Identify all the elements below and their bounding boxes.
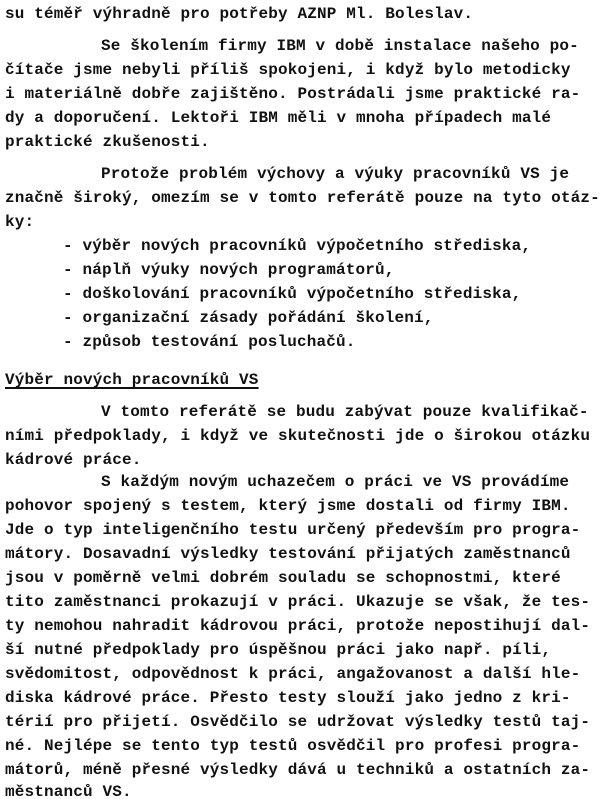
paragraph-qualification-line: kádrové práce. [5, 450, 142, 470]
paragraph-training-line: i materiálně dobře zajištěno. Postrádali… [5, 84, 580, 104]
paragraph-testing-line: mátory. Dosavadní výsledky testování při… [5, 544, 571, 564]
topic-list-item: - doškolování pracovníků výpočetního stř… [63, 284, 521, 304]
topic-list-item: - způsob testování posluchačů. [63, 332, 356, 352]
topic-list-item: - náplň výuky nových programátorů, [63, 260, 395, 280]
paragraph-testing-line: pohovor spojený s testem, který jsme dos… [5, 496, 571, 516]
paragraph-testing-line: térií pro přijetí. Osvědčilo se udržovat… [5, 712, 590, 732]
topic-list-item: - organizační zásady pořádání školení, [63, 308, 434, 328]
paragraph-scope-line: Protože problém výchovy a výuky pracovní… [101, 164, 569, 184]
paragraph-scope-line: ky: [5, 212, 34, 232]
paragraph-testing-line: Jde o typ inteligenčního testu určený př… [5, 520, 580, 540]
paragraph-testing-line: ší nutné předpoklady pro úspěšnou práci … [5, 640, 551, 660]
paragraph-testing-line: né. Nejlépe se tento typ testů osvědčil … [5, 736, 580, 756]
section-heading: Výběr nových pracovníků VS [5, 370, 259, 390]
paragraph-testing-line: ty nemohou nahradit kádrovou práci, prot… [5, 616, 590, 636]
paragraph-testing-line: tito zaměstnanci prokazují v práci. Ukaz… [5, 592, 590, 612]
paragraph-testing-line: městnanců VS. [5, 782, 132, 799]
paragraph-training-line: Se školením firmy IBM v době instalace n… [101, 36, 579, 56]
paragraph-testing-line: mátorů, méně přesné výsledky dává u tech… [5, 760, 590, 780]
paragraph-testing-line: svědomitost, odpovědnost k práci, angažo… [5, 664, 580, 684]
paragraph-scope-line: značně široký, omezím se v tomto referát… [5, 188, 600, 208]
paragraph-qualification-line: ními předpoklady, i když ve skutečnosti … [5, 426, 590, 446]
paragraph-qualification-line: V tomto referátě se budu zabývat pouze k… [101, 402, 589, 422]
paragraph-testing-line: S každým novým uchazečem o práci ve VS p… [101, 472, 569, 492]
text-line: su téměř výhradně pro potřeby AZNP Ml. B… [5, 4, 473, 24]
paragraph-testing-line: jsou v poměrně velmi dobrém souladu se s… [5, 568, 561, 588]
topic-list-item: - výběr nových pracovníků výpočetního st… [63, 236, 531, 256]
paragraph-training-line: čítače jsme nebyli příliš spokojeni, i k… [5, 60, 571, 80]
paragraph-training-line: praktické zkušenosti. [5, 132, 210, 152]
paragraph-training-line: dy a doporučení. Lektoři IBM měli v mnoh… [5, 108, 551, 128]
paragraph-testing-line: diska kádrové práce. Přesto testy slouží… [5, 688, 571, 708]
